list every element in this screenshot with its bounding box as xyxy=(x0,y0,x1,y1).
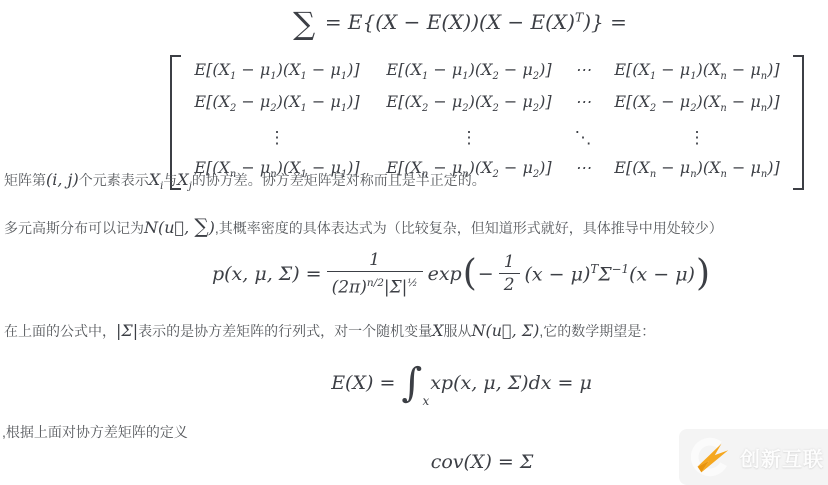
fraction-denominator: 2 xyxy=(499,273,520,296)
matrix-row: E[(X1 − μ1)(X1 − μ1)]E[(X1 − μ1)(X2 − μ2… xyxy=(181,57,793,89)
fraction-numerator: 1 xyxy=(364,249,385,271)
inline-math: (i, j) xyxy=(46,170,79,189)
fraction-numerator: 1 xyxy=(499,251,520,273)
one-half-fraction: 1 2 xyxy=(499,251,520,296)
paragraph-determinant-note: 在上面的公式中，|Σ|表示的是协方差矩阵的行列式，对一个随机变量X服从N(u⃗,… xyxy=(4,319,655,343)
matrix-cell: E[(X1 − μ1)(X1 − μ1)] xyxy=(181,57,373,89)
watermark-brand-text: 创新互联 xyxy=(740,443,824,472)
inline-math: Xi xyxy=(149,170,164,189)
exp-label: exp xyxy=(428,263,462,285)
inline-math: N(u⃗, xyxy=(144,218,194,237)
inline-math: X xyxy=(432,321,443,340)
inline-text: 服从 xyxy=(443,323,471,339)
paragraph-gaussian-notation: 多元高斯分布可以记为N(u⃗, ∑),其概率密度的具体表达式为（比较复杂，但知道… xyxy=(4,215,723,240)
matrix-cell: E[(X1 − μ1)(Xn − μn)] xyxy=(601,57,793,89)
inline-text: 表示的是协方差矩阵的行列式，对一个随机变量 xyxy=(138,323,432,339)
inline-math: |Σ| xyxy=(116,321,138,340)
inline-text: ,它的数学期望是： xyxy=(539,323,655,339)
matrix-cell: ⋱ xyxy=(565,121,601,155)
inline-math: Xj xyxy=(177,170,191,189)
matrix-ellipsis-row: ⋮⋮⋱⋮ xyxy=(181,121,793,155)
formula-top-body: = E{(X − E(X))(X − E(X)T)} = xyxy=(325,10,627,34)
matrix-cell: E[(X2 − μ2)(Xn − μn)] xyxy=(601,89,793,121)
matrix-cell: E[(X1 − μ1)(X2 − μ2)] xyxy=(373,57,565,89)
matrix-row: E[(X2 − μ2)(X1 − μ1)]E[(X2 − μ2)(X2 − μ2… xyxy=(181,89,793,121)
inline-text: 个元素表示 xyxy=(79,172,149,188)
inline-math: ∑ xyxy=(194,214,208,238)
big-sigma-symbol: ∑ xyxy=(293,6,315,42)
matrix-cell: E[(X2 − μ2)(X1 − μ1)] xyxy=(181,89,373,121)
matrix-right-bracket xyxy=(793,55,804,190)
matrix-cell: ⋯ xyxy=(565,155,601,187)
covariance-definition-formula: ∑ = E{(X − E(X))(X − E(X)T)} = xyxy=(0,6,828,42)
inline-text: 在上面的公式中， xyxy=(4,323,116,339)
expectation-lhs: E(X) = xyxy=(331,372,395,394)
pdf-lhs: p(x, μ, Σ) = xyxy=(212,263,322,285)
paragraph-matrix-element-note: 矩阵第(i, j)个元素表示Xi与Xj的协方差。协方差矩阵是对称而且是半正定的。 xyxy=(4,168,486,198)
pdf-normalizer-fraction: 1 (2π)n/2|Σ|½ xyxy=(327,249,423,299)
matrix-cell: E[(Xn − μn)(Xn − μn)] xyxy=(601,155,793,187)
right-paren: ) xyxy=(696,256,710,292)
fraction-denominator: (2π)n/2|Σ|½ xyxy=(327,271,423,299)
watermark-logo-icon xyxy=(687,434,733,480)
expectation-formula: E(X) = ∫ x xp(x, μ, Σ)dx = μ xyxy=(0,360,828,406)
inline-text: 矩阵第 xyxy=(4,172,46,188)
matrix-cell: E[(X2 − μ2)(X2 − μ2)] xyxy=(373,89,565,121)
matrix-cell: ⋮ xyxy=(373,121,565,155)
paragraph-cov-definition-lead: ,根据上面对协方差矩阵的定义 xyxy=(2,421,188,444)
inline-text: 与 xyxy=(163,172,177,188)
inline-text: 多元高斯分布可以记为 xyxy=(4,220,144,236)
integral-lower-bound: x xyxy=(422,394,429,408)
integral-symbol: ∫ x xyxy=(401,360,422,406)
watermark-logo: 创新互联 xyxy=(679,429,828,485)
inline-math: N(u⃗, Σ) xyxy=(471,321,539,340)
inline-text: ,其概率密度的具体表达式为（比较复杂，但知道形式就好，具体推导中用处较少） xyxy=(215,220,723,236)
left-paren: ( xyxy=(463,256,477,292)
matrix-cell: ⋯ xyxy=(565,57,601,89)
expectation-body: xp(x, μ, Σ)dx = μ xyxy=(430,372,592,394)
pdf-quadratic-form: (x − μ)TΣ−1(x − μ) xyxy=(525,262,695,285)
document-page: { "colors": { "background": "#ffffff", "… xyxy=(0,0,828,485)
inline-text: 的协方差。协方差矩阵是对称而且是半正定的。 xyxy=(192,172,486,188)
matrix-cell: ⋮ xyxy=(181,121,373,155)
gaussian-pdf-formula: p(x, μ, Σ) = 1 (2π)n/2|Σ|½ exp ( − 1 2 (… xyxy=(0,249,828,299)
matrix-cell: ⋯ xyxy=(565,89,601,121)
inline-text: ,根据上面对协方差矩阵的定义 xyxy=(2,424,188,440)
matrix-cell: ⋮ xyxy=(601,121,793,155)
minus-sign: − xyxy=(478,263,494,285)
